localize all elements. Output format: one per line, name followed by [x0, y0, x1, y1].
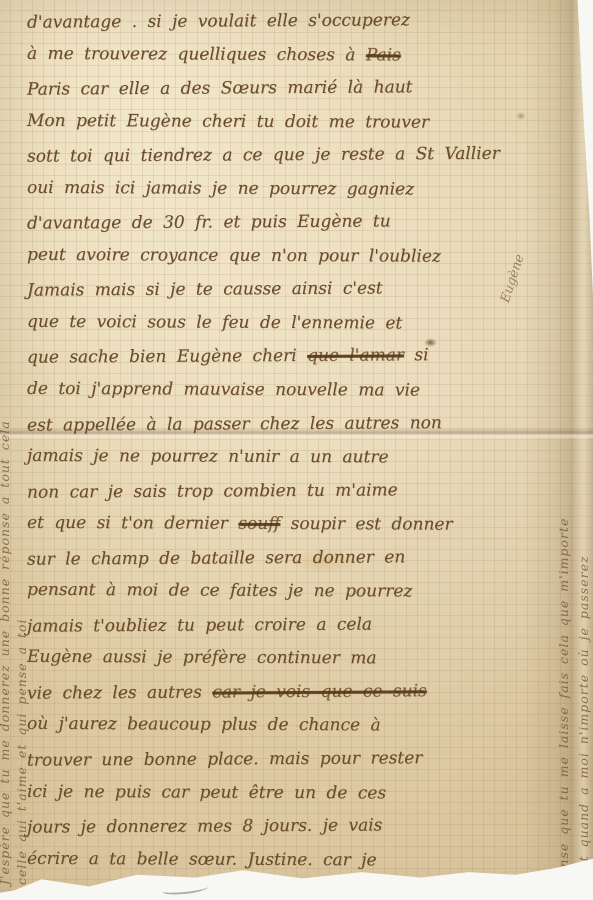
handwritten-text: où j'aurez beaucoup plus de chance à [27, 714, 381, 736]
margin-note-right-inner: pense que tu me laisse fais cela que m'i… [556, 420, 571, 885]
handwritten-text: que te voici sous le feu de l'ennemie et [27, 312, 402, 334]
handwritten-text: soupir est donner [280, 514, 452, 535]
margin-note-left-outer: J'espère que tu me donnerez une bonne ré… [0, 300, 12, 885]
letter-line: pensant à moi de ce faites je ne pourrez [27, 574, 563, 610]
letter-line: écrire a ta belle sœur. Justine. car je [27, 843, 563, 879]
letter-line: que sache bien Eugène cheri que l'amar s… [27, 339, 563, 376]
handwritten-text: de toi j'apprend mauvaise nouvelle ma vi… [27, 379, 420, 401]
paper-curl-mark [162, 882, 209, 895]
letter-line: est appellée à la passer chez les autres… [27, 406, 563, 443]
handwritten-text: trouver une bonne place. mais pour reste… [27, 748, 422, 770]
handwritten-text: écrire a ta belle sœur. Justine. car je [27, 849, 377, 871]
letter-line: et que si t'on dernier souff soupir est … [27, 507, 563, 543]
letter-line: non car je sais trop combien tu m'aime [27, 473, 563, 510]
handwritten-text: jours je donnerez mes 8 jours. je vais [27, 816, 382, 838]
letter-line: de toi j'apprend mauvaise nouvelle ma vi… [27, 373, 563, 409]
letter-body-text: d'avantage . si je voulait elle s'occupe… [0, 5, 593, 877]
handwritten-text: peut avoire croyance que n'on pour l'oub… [27, 245, 441, 267]
handwritten-text: sur le champ de bataille sera donner en [27, 547, 405, 569]
handwritten-text: et que si t'on dernier [27, 513, 238, 534]
letter-line: d'avantage de 30 fr. et puis Eugène tu [27, 205, 563, 242]
letter-line: vie chez les autres car je vois que ce s… [27, 674, 563, 711]
handwritten-text: à me trouverez quelliques choses à [27, 43, 366, 64]
letter-line: sur le champ de bataille sera donner en [27, 540, 563, 577]
handwritten-text: Jamais mais si je te causse ainsi c'est [27, 279, 383, 301]
letter-paper: d'avantage . si je voulait elle s'occupe… [0, 0, 593, 900]
handwritten-text: est appellée à la passer chez les autres… [27, 413, 442, 436]
letter-line: à me trouverez quelliques choses à Pais [27, 37, 563, 73]
letter-line: Paris car elle a des Sœurs marié là haut [27, 70, 563, 107]
letter-line: sott toi qui tiendrez a ce que je reste … [27, 138, 563, 175]
handwritten-text: si [404, 346, 429, 366]
handwritten-text: pensant à moi de ce faites je ne pourrez [27, 580, 412, 602]
crossed-out-text: que l'amar [307, 346, 404, 367]
handwritten-text: vie chez les autres [27, 682, 212, 703]
handwritten-text: jamais t'oubliez tu peut croire a cela [27, 614, 372, 636]
handwritten-text: jamais je ne pourrez n'unir a un autre [27, 446, 389, 468]
handwritten-text: non car je sais trop combien tu m'aime [27, 480, 398, 502]
letter-line: jamais t'oubliez tu peut croire a cela [27, 607, 563, 644]
letter-line: Eugène aussi je préfère continuer ma [27, 641, 563, 677]
letter-line: Jamais mais si je te causse ainsi c'est [27, 272, 563, 309]
handwritten-text: d'avantage de 30 fr. et puis Eugène tu [27, 212, 391, 234]
handwritten-text: oui mais ici jamais je ne pourrez gagnie… [27, 178, 414, 200]
handwritten-text: Eugène aussi je préfère continuer ma [27, 647, 377, 669]
letter-line: jours je donnerez mes 8 jours. je vais [27, 808, 563, 845]
letter-line: que te voici sous le feu de l'ennemie et [27, 306, 563, 342]
letter-line: où j'aurez beaucoup plus de chance à [27, 708, 563, 744]
handwritten-text: Mon petit Eugène cheri tu doit me trouve… [27, 110, 429, 132]
crossed-out-text: souff [238, 514, 280, 534]
handwritten-text: sott toi qui tiendrez a ce que je reste … [27, 144, 500, 167]
letter-line: Mon petit Eugène cheri tu doit me trouve… [27, 104, 563, 140]
letter-line: ici je ne puis car peut être un de ces [27, 775, 563, 811]
letter-line: d'avantage . si je voulait elle s'occupe… [27, 3, 563, 40]
handwritten-text: d'avantage . si je voulait elle s'occupe… [27, 10, 410, 32]
letter-line: trouver une bonne place. mais pour reste… [27, 741, 563, 778]
scanned-letter-page: d'avantage . si je voulait elle s'occupe… [0, 0, 593, 900]
handwritten-text: ici je ne puis car peut être un de ces [27, 781, 386, 803]
handwritten-text: que sache bien Eugène cheri [27, 346, 307, 368]
margin-note-right-outer: tout quand a moi n'importe où je passere… [576, 255, 591, 885]
margin-note-left-inner: celle qui t'aime et qui pense a toi [14, 420, 29, 885]
handwritten-text: Paris car elle a des Sœurs marié là haut [27, 77, 413, 99]
letter-line: peut avoire croyance que n'on pour l'oub… [27, 239, 563, 275]
letter-line: jamais je ne pourrez n'unir a un autre [27, 440, 563, 476]
crossed-out-text: car je vois que ce suis [212, 681, 427, 702]
crossed-out-text: Pais [366, 45, 401, 65]
letter-line: oui mais ici jamais je ne pourrez gagnie… [27, 172, 563, 208]
